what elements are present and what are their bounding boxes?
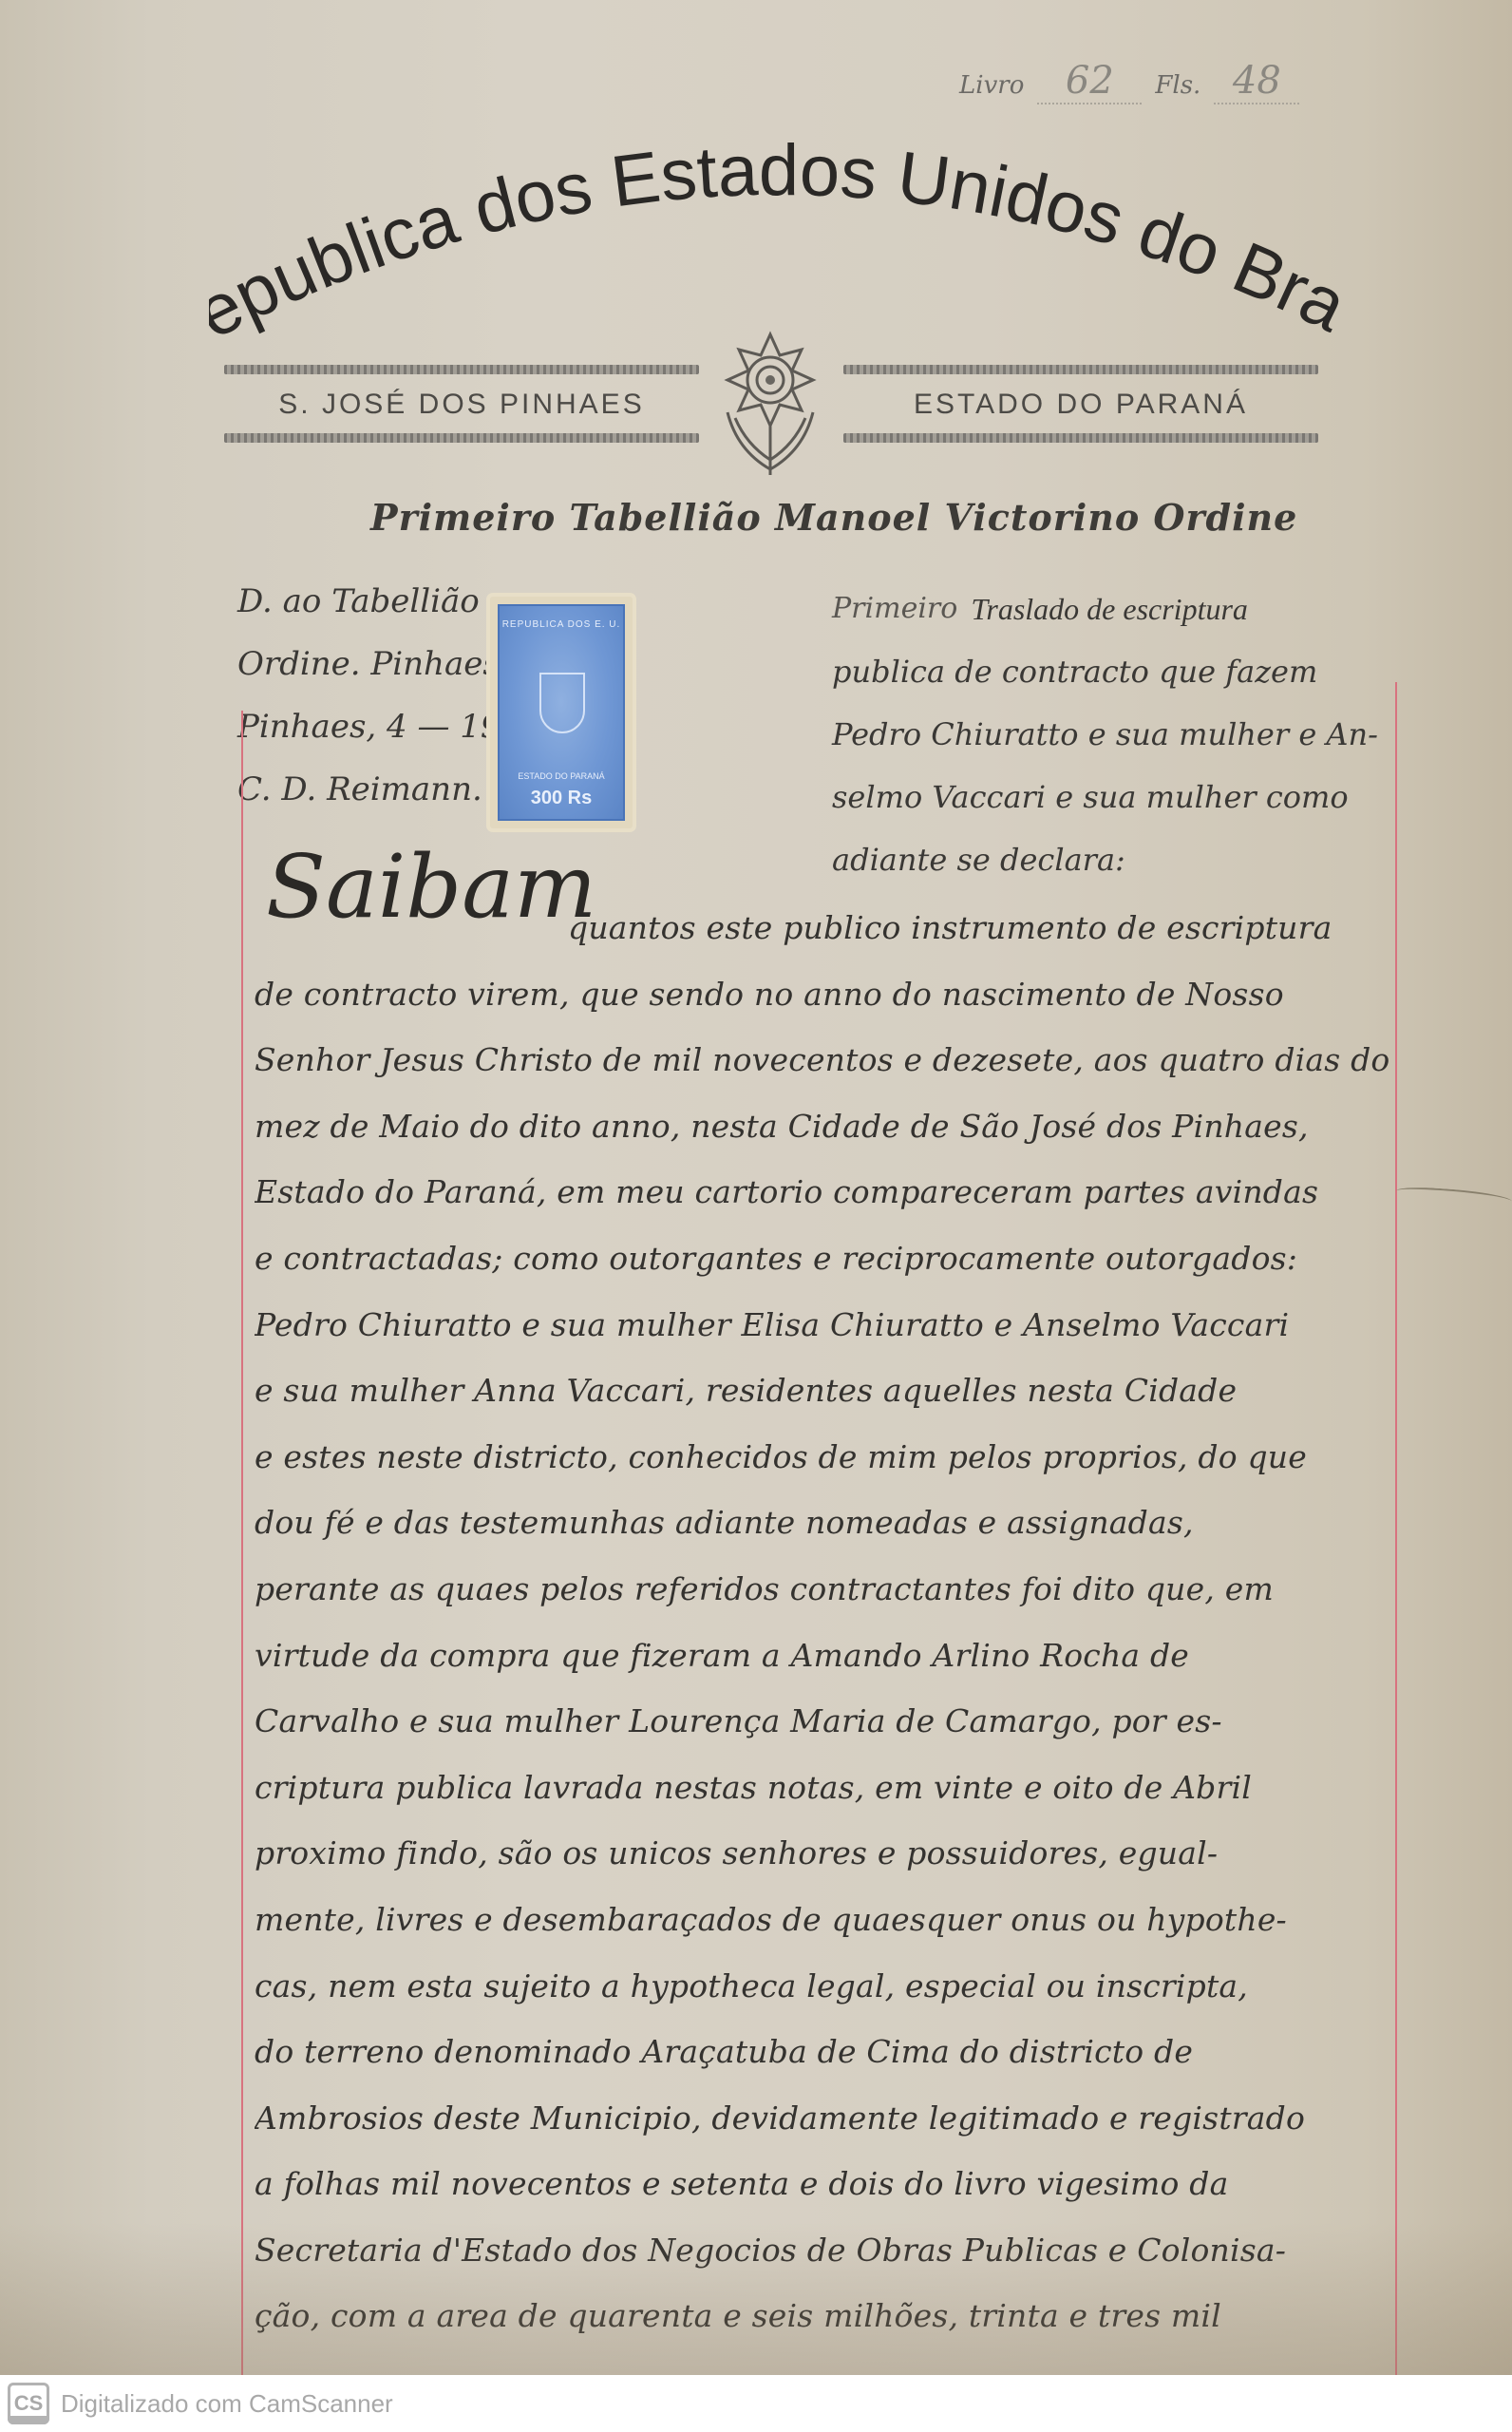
body-line: e sua mulher Anna Vaccari, residentes aq… (255, 1358, 1394, 1424)
heading-title-line: Primeiro Traslado de escriptura (832, 578, 1402, 640)
letterhead-title: Republica dos Estados Unidos do Brazil (209, 114, 1349, 342)
revenue-stamp: REPUBLICA DOS E. U. ESTADO DO PARANÁ 300… (490, 597, 633, 828)
stamp-top-text: REPUBLICA DOS E. U. (500, 619, 623, 630)
ornamental-rule (843, 365, 1318, 374)
deed-body: quantos este publico instrumento de escr… (255, 895, 1394, 2349)
heading-line: adiante se declara: (832, 828, 1402, 891)
body-line: Estado do Paraná, em meu cartorio compar… (255, 1159, 1394, 1225)
body-line: cas, nem esta sujeito a hypotheca legal,… (255, 1953, 1394, 2020)
body-line: virtude da compra que fizeram a Amando A… (255, 1623, 1394, 1689)
svg-text:Republica dos Estados Unidos d: Republica dos Estados Unidos do Brazil (209, 114, 1349, 342)
shield-icon (539, 673, 585, 733)
paper-crease (1396, 1186, 1512, 1206)
ornamental-rule (224, 433, 699, 443)
body-line: Carvalho e sua mulher Lourença Maria de … (255, 1688, 1394, 1755)
deed-heading: Primeiro Traslado de escriptura publica … (832, 578, 1402, 891)
body-line: proximo findo, são os unicos senhores e … (255, 1820, 1394, 1887)
stamp-bottom-text: ESTADO DO PARANÁ (500, 771, 623, 781)
heading-line: selmo Vaccari e sua mulher como (832, 766, 1402, 828)
right-margin-rule (1395, 682, 1397, 2375)
letterhead-title-text: Republica dos Estados Unidos do Brazil (209, 114, 1349, 342)
body-line: perante as quaes pelos referidos contrac… (255, 1556, 1394, 1623)
body-line: mente, livres e desembaraçados de quaesq… (255, 1887, 1394, 1953)
heading-printed-title: Traslado de escriptura (971, 578, 1248, 640)
body-line: dou fé e das testemunhas adiante nomeada… (255, 1490, 1394, 1556)
scanner-watermark: CS Digitalizado com CamScanner (0, 2375, 1512, 2432)
heading-prefix: Primeiro (832, 578, 957, 640)
camscanner-logo-icon: CS (8, 2383, 49, 2424)
body-line: Senhor Jesus Christo de mil novecentos e… (255, 1027, 1394, 1093)
letterhead-right-band: ESTADO DO PARANÁ (843, 365, 1318, 456)
scanned-document-page: Livro 62 Fls. 48 Republica dos Estados U… (0, 0, 1512, 2375)
heading-line: Pedro Chiuratto e sua mulher e An- (832, 703, 1402, 766)
stamp-value: 300 Rs (500, 788, 623, 809)
left-margin-rule (241, 711, 243, 2375)
folio-label: Fls. (1155, 71, 1200, 100)
livro-number: 62 (1037, 59, 1142, 104)
ornamental-rule (224, 365, 699, 374)
ornamental-rule (843, 433, 1318, 443)
body-line: Pedro Chiuratto e sua mulher Elisa Chiur… (255, 1292, 1394, 1358)
body-line: criptura publica lavrada nestas notas, e… (255, 1755, 1394, 1821)
city-label: S. JOSÉ DOS PINHAES (224, 374, 699, 433)
livro-label: Livro (959, 71, 1024, 100)
stamp-face: REPUBLICA DOS E. U. ESTADO DO PARANÁ 300… (498, 604, 625, 821)
body-line: a folhas mil novecentos e setenta e dois… (255, 2151, 1394, 2217)
body-line: quantos este publico instrumento de escr… (255, 895, 1394, 961)
folio-number: 48 (1214, 59, 1299, 104)
letterhead-left-band: S. JOSÉ DOS PINHAES (224, 365, 699, 456)
body-line: ção, com a area de quarenta e seis milhõ… (255, 2283, 1394, 2349)
body-line: Secretaria d'Estado dos Negocios de Obra… (255, 2217, 1394, 2284)
body-line: Ambrosios deste Municipio, devidamente l… (255, 2085, 1394, 2152)
state-label: ESTADO DO PARANÁ (843, 374, 1318, 433)
body-line: de contracto virem, que sendo no anno do… (255, 961, 1394, 1028)
body-line: e estes neste districto, conhecidos de m… (255, 1424, 1394, 1491)
body-line: e contractadas; como outorgantes e recip… (255, 1225, 1394, 1292)
register-reference: Livro 62 Fls. 48 (959, 59, 1299, 104)
notary-heading: Primeiro Tabellião Manoel Victorino Ordi… (370, 496, 1297, 539)
watermark-text: Digitalizado com CamScanner (61, 2389, 393, 2419)
body-line: mez de Maio do dito anno, nesta Cidade d… (255, 1093, 1394, 1160)
heading-line: publica de contracto que fazem (832, 640, 1402, 703)
brazil-coat-of-arms-icon (709, 327, 832, 479)
body-line: do terreno denominado Araçatuba de Cima … (255, 2019, 1394, 2085)
